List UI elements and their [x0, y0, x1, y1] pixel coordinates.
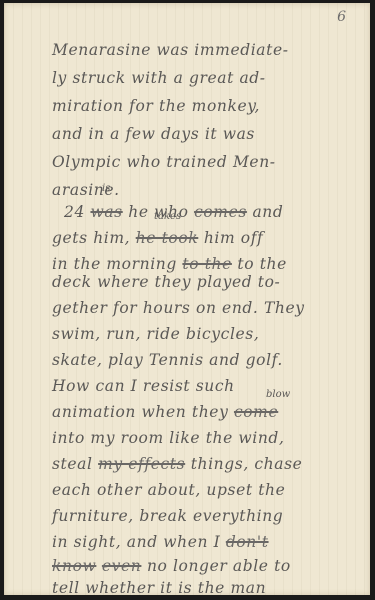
text-line: into my room like the wind,	[52, 429, 284, 447]
text-line: Olympic who trained Men-	[52, 153, 276, 171]
text-line: steal my effects things, chase	[52, 455, 302, 473]
text-line: deck where they played to-	[52, 273, 280, 291]
text-fragment: him off	[204, 229, 264, 247]
text-line: gets him, he took him off	[52, 229, 263, 247]
text-line: ly struck with a great ad-	[52, 69, 266, 87]
struck-text: know	[52, 557, 96, 575]
text-line: in sight, and when I don't	[52, 533, 269, 551]
struck-text: don't	[226, 533, 269, 551]
text-fragment: animation when they	[52, 403, 228, 421]
insertion-text: blow	[266, 389, 290, 400]
struck-text: my effects	[98, 455, 185, 473]
text-fragment: in sight, and when I	[52, 533, 220, 551]
text-line: furniture, break everything	[52, 507, 283, 525]
text-line: and in a few days it was	[52, 125, 255, 143]
text-line: Menarasine was immediate-	[52, 41, 289, 59]
struck-text: come	[234, 403, 278, 421]
manuscript-page: 6 Menarasine was immediate- ly struck wi…	[4, 3, 370, 595]
text-fragment: and	[252, 203, 283, 221]
text-line: swim, run, ride bicycles,	[52, 325, 259, 343]
text-fragment: steal	[52, 455, 93, 473]
text-line: gether for hours on end. They	[52, 299, 305, 317]
text-line: in the morning to the to the	[52, 255, 287, 273]
page-number: 6	[337, 9, 346, 25]
text-fragment: to the	[237, 255, 286, 273]
text-fragment: things, chase	[191, 455, 303, 473]
struck-text: was	[90, 203, 122, 221]
struck-text: comes	[194, 203, 247, 221]
text-line: each other about, upset the	[52, 481, 285, 499]
text-fragment: no longer able to	[147, 557, 291, 575]
text-fragment: 24	[64, 203, 85, 221]
insertion-text: takes	[154, 211, 181, 222]
text-line: animation when they come	[52, 403, 278, 421]
text-line: How can I resist such	[52, 377, 235, 395]
struck-text: he took	[136, 229, 199, 247]
text-line: miration for the monkey,	[52, 97, 260, 115]
text-fragment: in the morning	[52, 255, 177, 273]
struck-text: even	[102, 557, 142, 575]
text-fragment: gets him,	[52, 229, 130, 247]
struck-text: to the	[182, 255, 231, 273]
text-line: tell whether it is the man	[52, 579, 266, 597]
insertion-text: is	[102, 183, 110, 194]
text-line: know even no longer able to	[52, 557, 291, 575]
text-line: skate, play Tennis and golf.	[52, 351, 283, 369]
